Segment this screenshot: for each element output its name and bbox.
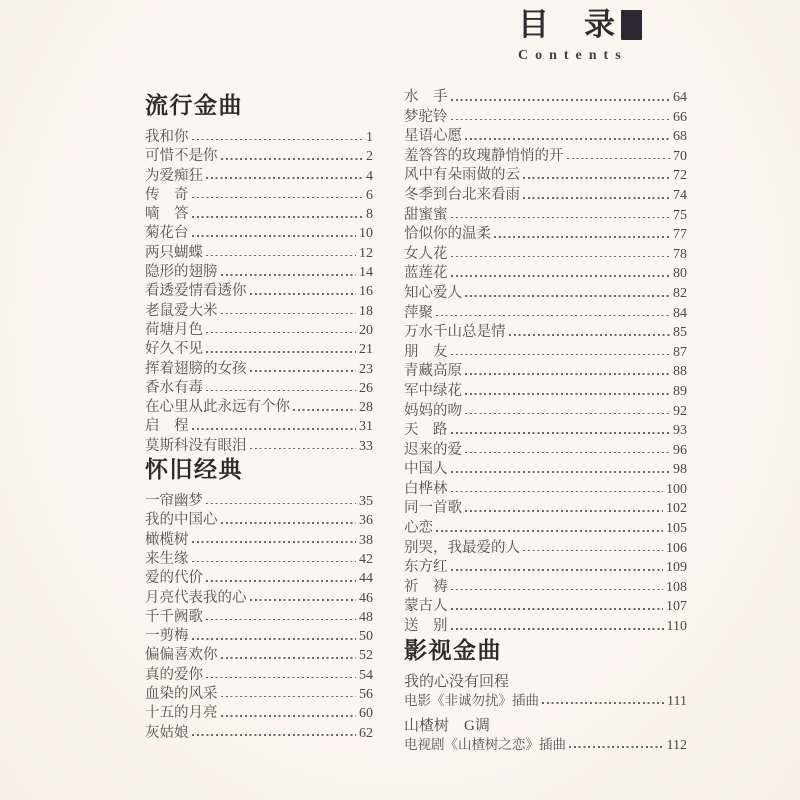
page-title: 目 录 — [518, 8, 617, 42]
song-title: 隐形的翅膀 — [145, 263, 218, 282]
toc-entry: 知心爱人 82 — [404, 284, 687, 304]
song-title: 梦驼铃 — [404, 108, 448, 128]
page-number: 50 — [359, 627, 373, 646]
toc-entry: 朋 友 87 — [404, 343, 687, 363]
dot-leader — [206, 177, 363, 179]
page-number: 84 — [673, 304, 687, 324]
page-number: 106 — [666, 539, 687, 559]
page-number: 16 — [359, 282, 373, 301]
page-number: 38 — [359, 531, 373, 550]
song-title: 莫斯科没有眼泪 — [145, 437, 247, 456]
toc-entry: 一帘幽梦 35 — [145, 492, 373, 511]
song-title: 万水千山总是情 — [404, 323, 506, 343]
song-title: 看透爱情看透你 — [145, 282, 247, 301]
song-title: 东方红 — [404, 558, 448, 578]
song-title: 心恋 — [404, 519, 433, 539]
dot-leader — [206, 351, 356, 353]
page-subtitle: Contents — [518, 48, 698, 64]
page-number: 1 — [366, 128, 373, 147]
dot-leader — [206, 677, 356, 679]
page-number: 2 — [366, 147, 373, 166]
black-square-icon — [621, 10, 642, 40]
song-title: 羞答答的玫瑰静悄悄的开 — [404, 147, 564, 167]
song-title: 蒙古人 — [404, 597, 448, 617]
toc-column-left: 流行金曲 我和你 1 可惜不是你 2 为爱痴狂 4 — [145, 92, 373, 743]
song-title: 水 手 — [404, 88, 448, 108]
song-title: 山楂树 G调 — [404, 717, 687, 736]
toc-entry: 传 奇 6 — [145, 186, 373, 205]
toc-entry: 来生缘 42 — [145, 550, 373, 569]
page-number: 100 — [666, 480, 687, 500]
page-number: 77 — [673, 225, 687, 245]
dot-leader — [465, 393, 670, 395]
dot-leader — [221, 522, 357, 524]
toc-entry: 血染的风采 56 — [145, 685, 373, 704]
dot-leader — [221, 313, 357, 315]
dot-leader — [451, 471, 671, 473]
toc-entry: 迟来的爱 96 — [404, 441, 687, 461]
toc-entry: 两只蝴蝶 12 — [145, 244, 373, 263]
page-number: 111 — [667, 693, 687, 711]
dot-leader — [451, 569, 664, 571]
page-number: 21 — [359, 340, 373, 359]
toc-entry: 菊花台 10 — [145, 224, 373, 243]
page-number: 96 — [673, 441, 687, 461]
dot-leader — [250, 370, 357, 372]
page-number: 12 — [359, 244, 373, 263]
page-number: 52 — [359, 646, 373, 665]
dot-leader — [250, 293, 357, 295]
toc-entry: 送 别 110 — [404, 617, 687, 637]
page-number: 102 — [666, 499, 687, 519]
toc-entry: 女人花 78 — [404, 245, 687, 265]
dot-leader — [523, 177, 670, 179]
dot-leader — [206, 619, 356, 621]
song-title: 我的心没有回程 — [404, 673, 687, 692]
dot-leader — [436, 530, 663, 532]
page-title-row: 目 录 — [518, 8, 698, 42]
dot-leader — [465, 413, 670, 415]
toc-entry: 妈妈的吻 92 — [404, 402, 687, 422]
toc-column-right: 水 手 64 梦驼铃 66 星语心愿 68 羞答答的玫瑰静悄悄的 — [404, 88, 687, 761]
dot-leader — [192, 139, 364, 141]
toc-list-classic-continued: 水 手 64 梦驼铃 66 星语心愿 68 羞答答的玫瑰静悄悄的 — [404, 88, 687, 637]
toc-entry: 可惜不是你 2 — [145, 147, 373, 166]
section-heading-pop: 流行金曲 — [145, 92, 373, 118]
song-title: 偏偏喜欢你 — [145, 646, 218, 665]
page-number: 87 — [673, 343, 687, 363]
dot-leader — [221, 657, 357, 659]
song-title: 十五的月亮 — [145, 704, 218, 723]
dot-leader — [451, 491, 664, 493]
page-number: 28 — [359, 398, 373, 417]
page-number: 98 — [673, 460, 687, 480]
toc-entry: 梦驼铃 66 — [404, 108, 687, 128]
toc-entry: 偏偏喜欢你 52 — [145, 646, 373, 665]
toc-entry: 我的中国心 36 — [145, 511, 373, 530]
toc-entry: 白桦林 100 — [404, 480, 687, 500]
toc-entry: 蓝莲花 80 — [404, 264, 687, 284]
film-source-row: 电影《非诚勿扰》插曲 111 — [404, 692, 687, 711]
song-title: 冬季到台北来看雨 — [404, 186, 520, 206]
page-number: 110 — [667, 617, 687, 637]
page-number: 18 — [359, 302, 373, 321]
toc-entry: 水 手 64 — [404, 88, 687, 108]
dot-leader — [451, 275, 671, 277]
dot-leader — [569, 746, 664, 748]
toc-entry: 萍聚 84 — [404, 304, 687, 324]
dot-leader — [192, 638, 357, 640]
song-title: 荷塘月色 — [145, 321, 203, 340]
dot-leader — [192, 216, 364, 218]
page-number: 72 — [673, 166, 687, 186]
toc-entry: 十五的月亮 60 — [145, 704, 373, 723]
page-number: 82 — [673, 284, 687, 304]
page-number: 10 — [359, 224, 373, 243]
dot-leader — [206, 390, 356, 392]
toc-entry: 同一首歌 102 — [404, 499, 687, 519]
page-number: 88 — [673, 362, 687, 382]
song-title: 来生缘 — [145, 550, 189, 569]
toc-entry: 蒙古人 107 — [404, 597, 687, 617]
song-title: 甜蜜蜜 — [404, 206, 448, 226]
toc-list-film: 我的心没有回程 电影《非诚勿扰》插曲 111 山楂树 G调 电视剧《山楂树之恋》… — [404, 673, 687, 755]
page-number: 109 — [666, 558, 687, 578]
toc-entry: 爱的代价 44 — [145, 569, 373, 588]
page-number: 20 — [359, 321, 373, 340]
page-number: 89 — [673, 382, 687, 402]
song-title: 灰姑娘 — [145, 724, 189, 743]
toc-entry: 莫斯科没有眼泪 33 — [145, 437, 373, 456]
page-number: 48 — [359, 608, 373, 627]
song-title: 菊花台 — [145, 224, 189, 243]
song-title: 祈 祷 — [404, 578, 448, 598]
dot-leader — [494, 236, 670, 238]
song-title: 蓝莲花 — [404, 264, 448, 284]
dot-leader — [436, 315, 670, 317]
toc-entry: 在心里从此永远有个你 28 — [145, 398, 373, 417]
song-title: 两只蝴蝶 — [145, 244, 203, 263]
toc-entry: 老鼠爱大米 18 — [145, 302, 373, 321]
toc-entry: 天 路 93 — [404, 421, 687, 441]
song-title: 朋 友 — [404, 343, 448, 363]
toc-film-entry: 山楂树 G调 电视剧《山楂树之恋》插曲 112 — [404, 717, 687, 755]
page-number: 23 — [359, 360, 373, 379]
song-title: 中国人 — [404, 460, 448, 480]
song-title: 妈妈的吻 — [404, 402, 462, 422]
dot-leader — [451, 432, 671, 434]
page-number: 108 — [666, 578, 687, 598]
page-number: 78 — [673, 245, 687, 265]
dot-leader — [192, 235, 357, 237]
film-source-label: 电影《非诚勿扰》插曲 — [404, 692, 539, 710]
dot-leader — [451, 608, 664, 610]
toc-entry: 东方红 109 — [404, 558, 687, 578]
dot-leader — [206, 255, 356, 257]
page-number: 4 — [366, 167, 373, 186]
dot-leader — [221, 274, 357, 276]
toc-entry: 挥着翅膀的女孩 23 — [145, 360, 373, 379]
dot-leader — [465, 373, 670, 375]
song-title: 启 程 — [145, 417, 189, 436]
dot-leader — [465, 295, 670, 297]
dot-leader — [293, 409, 356, 411]
toc-entry: 荷塘月色 20 — [145, 321, 373, 340]
section-heading-classic: 怀旧经典 — [145, 456, 373, 482]
toc-entry: 好久不见 21 — [145, 340, 373, 359]
page-number: 35 — [359, 492, 373, 511]
page-number: 31 — [359, 417, 373, 436]
page-number: 56 — [359, 685, 373, 704]
song-title: 送 别 — [404, 617, 448, 637]
toc-entry: 祈 祷 108 — [404, 578, 687, 598]
toc-film-entry: 我的心没有回程 电影《非诚勿扰》插曲 111 — [404, 673, 687, 711]
toc-entry: 青藏高原 88 — [404, 362, 687, 382]
page-number: 85 — [673, 323, 687, 343]
toc-entry: 真的爱你 54 — [145, 666, 373, 685]
toc-entry: 别哭，我最爱的人 106 — [404, 539, 687, 559]
dot-leader — [192, 734, 357, 736]
page-number: 62 — [359, 724, 373, 743]
page-number: 46 — [359, 589, 373, 608]
toc-entry: 中国人 98 — [404, 460, 687, 480]
song-title: 军中绿花 — [404, 382, 462, 402]
song-title: 真的爱你 — [145, 666, 203, 685]
song-title: 千千阙歌 — [145, 608, 203, 627]
song-title: 我和你 — [145, 128, 189, 147]
dot-leader — [465, 452, 670, 454]
dot-leader — [465, 138, 670, 140]
page-number: 75 — [673, 206, 687, 226]
dot-leader — [542, 702, 664, 704]
dot-leader — [451, 354, 671, 356]
toc-entry: 启 程 31 — [145, 417, 373, 436]
song-title: 一剪梅 — [145, 627, 189, 646]
dot-leader — [451, 217, 671, 219]
song-title: 传 奇 — [145, 186, 189, 205]
dot-leader — [221, 696, 357, 698]
song-title: 月亮代表我的心 — [145, 589, 247, 608]
film-source-row: 电视剧《山楂树之恋》插曲 112 — [404, 736, 687, 755]
song-title: 我的中国心 — [145, 511, 218, 530]
dot-leader — [451, 119, 671, 121]
song-title: 嘀 答 — [145, 205, 189, 224]
song-title: 同一首歌 — [404, 499, 462, 519]
dot-leader — [451, 99, 671, 101]
song-title: 血染的风采 — [145, 685, 218, 704]
page-number: 68 — [673, 127, 687, 147]
toc-entry: 我和你 1 — [145, 128, 373, 147]
toc-entry: 一剪梅 50 — [145, 627, 373, 646]
song-title: 青藏高原 — [404, 362, 462, 382]
toc-entry: 风中有朵雨做的云 72 — [404, 166, 687, 186]
dot-leader — [250, 599, 357, 601]
song-title: 在心里从此永远有个你 — [145, 398, 290, 417]
dot-leader — [567, 158, 671, 160]
toc-list-classic: 一帘幽梦 35 我的中国心 36 橄榄树 38 来生缘 — [145, 492, 373, 743]
toc-list-pop: 我和你 1 可惜不是你 2 为爱痴狂 4 传 奇 — [145, 128, 373, 456]
page-number: 93 — [673, 421, 687, 441]
page-number: 54 — [359, 666, 373, 685]
song-title: 恰似你的温柔 — [404, 225, 491, 245]
song-title: 橄榄树 — [145, 531, 189, 550]
toc-entry: 军中绿花 89 — [404, 382, 687, 402]
song-title: 天 路 — [404, 421, 448, 441]
song-title: 为爱痴狂 — [145, 167, 203, 186]
toc-entry: 看透爱情看透你 16 — [145, 282, 373, 301]
dot-leader — [206, 503, 356, 505]
toc-entry: 万水千山总是情 85 — [404, 323, 687, 343]
dot-leader — [523, 197, 670, 199]
dot-leader — [451, 589, 664, 591]
film-source-label: 电视剧《山楂树之恋》插曲 — [404, 736, 566, 754]
page-number: 42 — [359, 550, 373, 569]
song-title: 老鼠爱大米 — [145, 302, 218, 321]
toc-entry: 灰姑娘 62 — [145, 724, 373, 743]
song-title: 萍聚 — [404, 304, 433, 324]
dot-leader — [221, 158, 364, 160]
dot-leader — [206, 332, 356, 334]
toc-entry: 冬季到台北来看雨 74 — [404, 186, 687, 206]
toc-entry: 甜蜜蜜 75 — [404, 206, 687, 226]
toc-entry: 橄榄树 38 — [145, 531, 373, 550]
page-number: 92 — [673, 402, 687, 422]
song-title: 爱的代价 — [145, 569, 203, 588]
song-title: 一帘幽梦 — [145, 492, 203, 511]
song-title: 挥着翅膀的女孩 — [145, 360, 247, 379]
toc-entry: 嘀 答 8 — [145, 205, 373, 224]
page-number: 44 — [359, 569, 373, 588]
dot-leader — [523, 550, 663, 552]
toc-entry: 星语心愿 68 — [404, 127, 687, 147]
dot-leader — [192, 541, 357, 543]
page-number: 14 — [359, 263, 373, 282]
page-number: 66 — [673, 108, 687, 128]
dot-leader — [451, 628, 664, 630]
dot-leader — [206, 580, 356, 582]
song-title: 女人花 — [404, 245, 448, 265]
toc-entry: 千千阙歌 48 — [145, 608, 373, 627]
page-number: 26 — [359, 379, 373, 398]
song-title: 星语心愿 — [404, 127, 462, 147]
song-title: 别哭，我最爱的人 — [404, 539, 520, 559]
song-title: 迟来的爱 — [404, 441, 462, 461]
toc-entry: 隐形的翅膀 14 — [145, 263, 373, 282]
section-heading-film: 影视金曲 — [404, 637, 687, 663]
dot-leader — [192, 561, 357, 563]
page-number: 105 — [666, 519, 687, 539]
page-number: 107 — [666, 597, 687, 617]
page-number: 33 — [359, 437, 373, 456]
song-title: 可惜不是你 — [145, 147, 218, 166]
page-number: 70 — [673, 147, 687, 167]
toc-entry: 为爱痴狂 4 — [145, 167, 373, 186]
page-number: 74 — [673, 186, 687, 206]
dot-leader — [465, 510, 663, 512]
toc-page: 目 录 Contents 流行金曲 我和你 1 可惜不是你 2 — [0, 0, 800, 800]
song-title: 知心爱人 — [404, 284, 462, 304]
toc-entry: 恰似你的温柔 77 — [404, 225, 687, 245]
dot-leader — [250, 448, 357, 450]
dot-leader — [509, 334, 671, 336]
page-number: 80 — [673, 264, 687, 284]
page-number: 60 — [359, 704, 373, 723]
song-title: 白桦林 — [404, 480, 448, 500]
toc-entry: 心恋 105 — [404, 519, 687, 539]
dot-leader — [192, 197, 364, 199]
page-number: 8 — [366, 205, 373, 224]
dot-leader — [451, 256, 671, 258]
song-title: 好久不见 — [145, 340, 203, 359]
toc-entry: 羞答答的玫瑰静悄悄的开 70 — [404, 147, 687, 167]
page-header: 目 录 Contents — [518, 8, 698, 64]
page-number: 6 — [366, 186, 373, 205]
dot-leader — [221, 715, 357, 717]
toc-entry: 香水有毒 26 — [145, 379, 373, 398]
page-number: 112 — [667, 737, 687, 755]
toc-entry: 月亮代表我的心 46 — [145, 589, 373, 608]
song-title: 香水有毒 — [145, 379, 203, 398]
page-number: 36 — [359, 511, 373, 530]
song-title: 风中有朵雨做的云 — [404, 166, 520, 186]
page-number: 64 — [673, 88, 687, 108]
dot-leader — [192, 428, 357, 430]
